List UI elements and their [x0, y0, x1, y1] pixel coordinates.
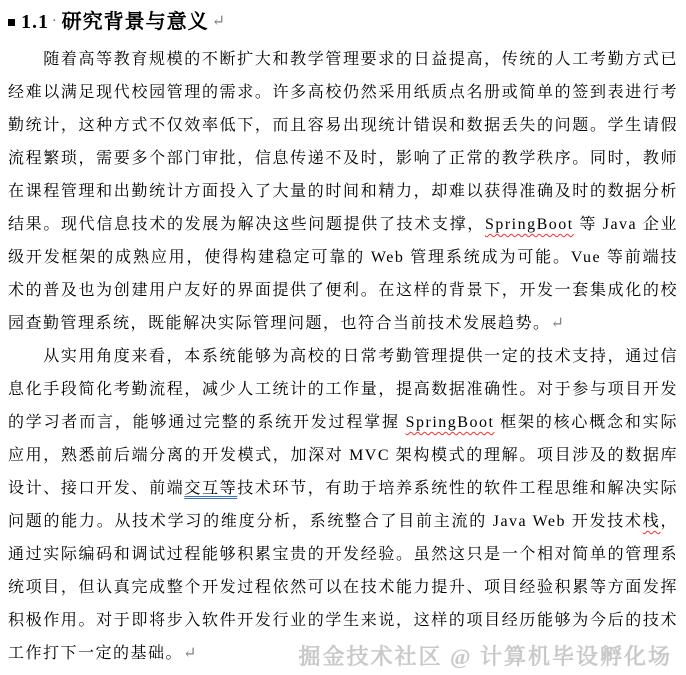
paragraph-significance: 从实用角度来看，本系统能够为高校的日常考勤管理提供一定的技术支持，通过信息化手段… [8, 340, 678, 670]
heading-title: 研究背景与意义 [62, 9, 209, 35]
section-heading: 1.1 · 研究背景与意义 ↵ [8, 9, 678, 35]
text-segment: 随着高等教育规模的不断扩大和教学管理要求的日益提高，传统的人工考勤方式已经难以满… [8, 51, 678, 233]
paragraph-return-mark: ↵ [551, 315, 564, 332]
text-segment: 交互等 [184, 480, 237, 497]
text-segment: SpringBoot [406, 414, 495, 431]
text-segment: 栈 [643, 513, 661, 530]
text-segment: ，通过实际编码和调试过程能够积累宝贵的开发经验。虽然这只是一个相对简单的管理系统… [8, 513, 678, 662]
paragraph-return-mark: ↵ [212, 9, 226, 35]
paragraph-return-mark: ↵ [183, 645, 196, 662]
text-segment: SpringBoot [485, 216, 574, 233]
paragraph-background: 随着高等教育规模的不断扩大和教学管理要求的日益提高，传统的人工考勤方式已经难以满… [8, 43, 678, 340]
text-segment: 等 Java 企业级开发框架的成熟应用，使得构建稳定可靠的 Web 管理系统成为… [8, 216, 678, 332]
outline-bullet-icon [8, 19, 15, 26]
space-format-mark: · [52, 9, 58, 35]
heading-number: 1.1 [21, 9, 49, 35]
document-page: 1.1 · 研究背景与意义 ↵ 随着高等教育规模的不断扩大和教学管理要求的日益提… [0, 0, 686, 675]
